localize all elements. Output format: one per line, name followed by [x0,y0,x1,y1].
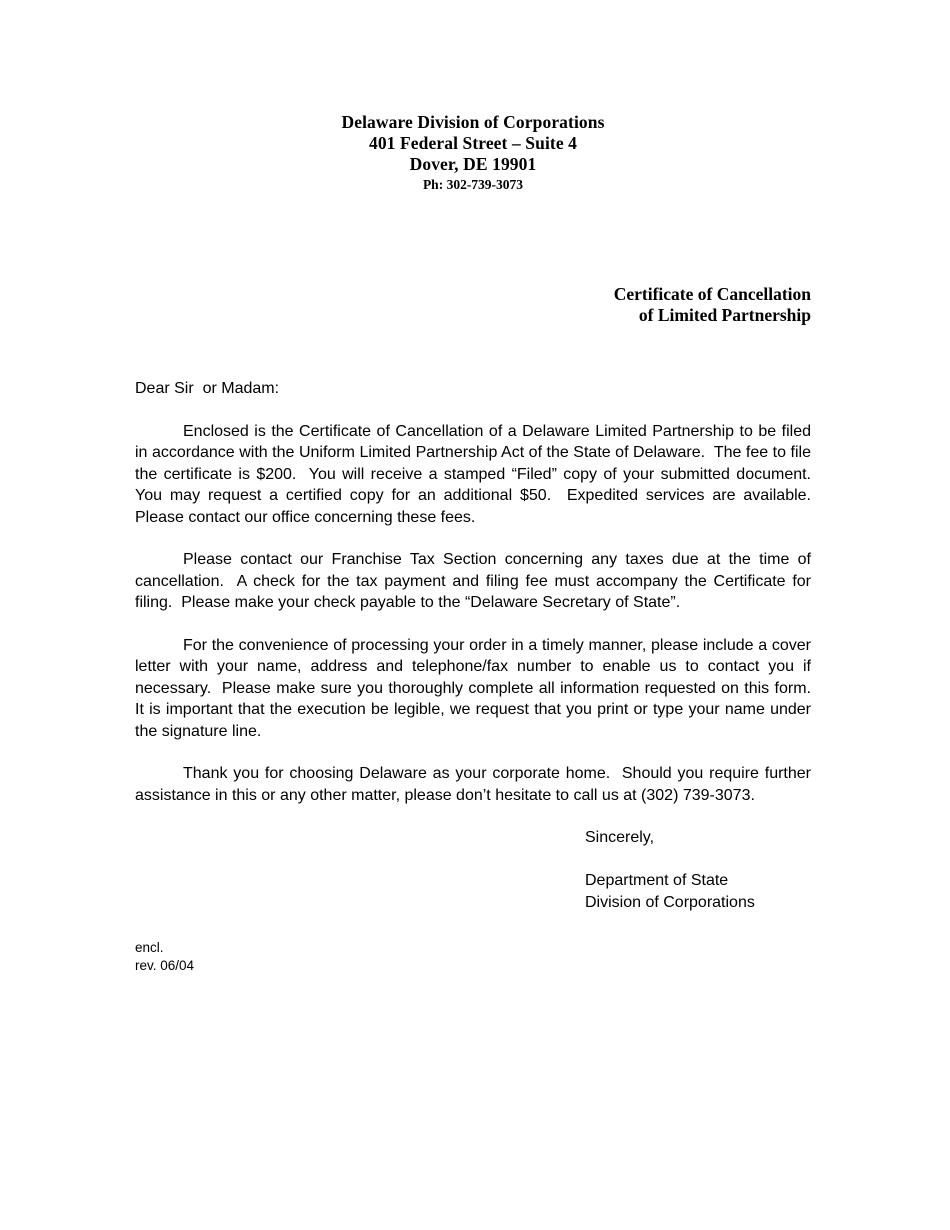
letter-page: Delaware Division of Corporations 401 Fe… [0,0,950,1230]
signature-line1: Department of State [585,870,811,892]
document-title-line2: of Limited Partnership [135,305,811,326]
footer-notations: encl. rev. 06/04 [135,939,811,975]
document-title: Certificate of Cancellation of Limited P… [135,284,811,326]
letterhead-address-line2: Dover, DE 19901 [135,154,811,175]
body-paragraph-1: Enclosed is the Certificate of Cancellat… [135,421,811,529]
salutation: Dear Sir or Madam: [135,378,811,400]
letterhead: Delaware Division of Corporations 401 Fe… [135,0,811,194]
signature-block: Department of State Division of Corporat… [585,870,811,913]
revision-notation: rev. 06/04 [135,957,811,975]
signature-line2: Division of Corporations [585,892,811,914]
body-paragraph-3: For the convenience of processing your o… [135,635,811,743]
letterhead-phone: Ph: 302-739-3073 [135,175,811,194]
closing-block: Sincerely, Department of State Division … [585,827,811,913]
enclosure-notation: encl. [135,939,811,957]
body-paragraph-4: Thank you for choosing Delaware as your … [135,763,811,806]
body-paragraph-2: Please contact our Franchise Tax Section… [135,549,811,614]
letterhead-org-name: Delaware Division of Corporations [135,112,811,133]
letter-content: Delaware Division of Corporations 401 Fe… [135,0,811,975]
valediction: Sincerely, [585,827,811,849]
document-title-line1: Certificate of Cancellation [135,284,811,305]
letterhead-address-line1: 401 Federal Street – Suite 4 [135,133,811,154]
